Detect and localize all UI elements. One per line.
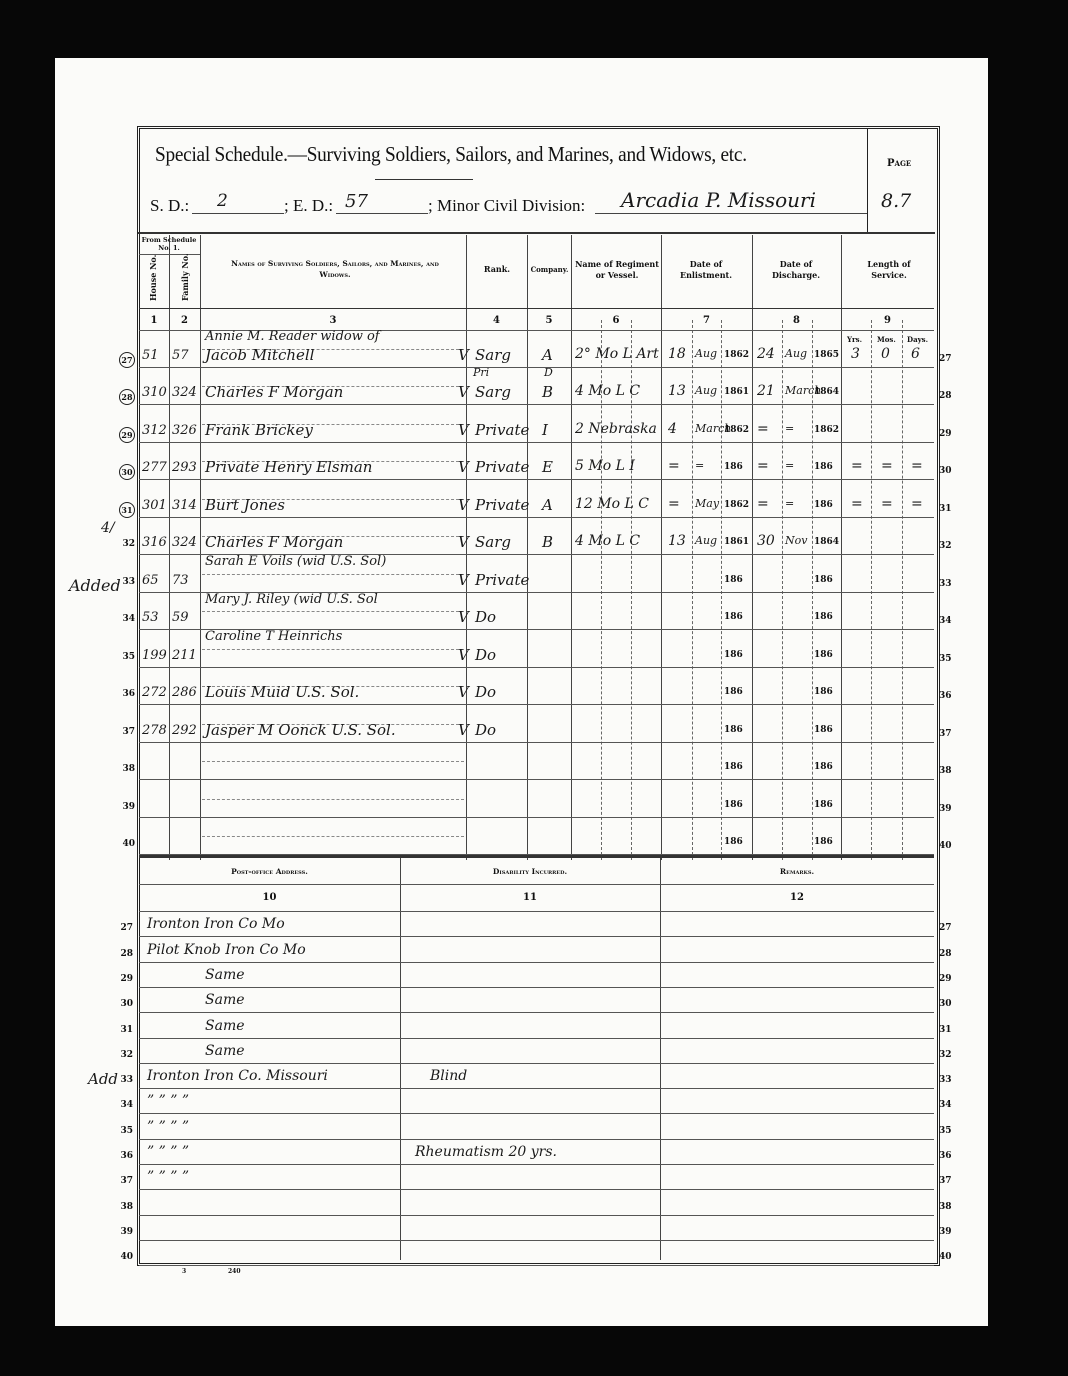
lower-col-divider xyxy=(660,858,661,1260)
soldier-name: Frank Brickey xyxy=(205,421,313,439)
section-rule xyxy=(139,855,934,858)
soldier-name: Charles F Morgan xyxy=(205,383,343,401)
enlist-month: = xyxy=(695,459,704,472)
row-rule xyxy=(139,1113,934,1114)
footer-code: 240 xyxy=(228,1268,241,1275)
rank: Private xyxy=(475,571,529,589)
col-number: 8 xyxy=(752,315,841,326)
enlist-month: Aug xyxy=(695,347,717,360)
discharge-day: 24 xyxy=(757,346,775,362)
line-number-left: 35 xyxy=(115,652,135,662)
house-no: 199 xyxy=(142,648,167,663)
enlist-day: 18 xyxy=(668,346,686,362)
line-number-right: 27 xyxy=(939,354,952,364)
mos-header: Mos. xyxy=(877,335,896,344)
regiment: 4 Mo L C xyxy=(575,383,640,399)
service-days: = xyxy=(911,496,923,512)
line-number-right: 37 xyxy=(939,1176,952,1186)
col-number: 11 xyxy=(400,892,660,903)
soldier-name: Jasper M Oonck U.S. Sol. xyxy=(205,721,396,739)
line-number-right: 27 xyxy=(939,923,952,933)
enlist-year: 186 xyxy=(724,762,743,772)
enlist-year: 1862 xyxy=(724,425,749,435)
row-dotted-rule xyxy=(202,649,464,650)
row-rule xyxy=(139,987,934,988)
rank-header: Rank. xyxy=(467,264,527,275)
check-mark: V xyxy=(458,458,469,476)
line-number-left: 35 xyxy=(113,1126,133,1136)
service-days: 6 xyxy=(911,346,920,362)
line-number-right: 29 xyxy=(939,429,952,439)
name-upper: Annie M. Reader widow of xyxy=(205,329,380,344)
discharge-month: = xyxy=(785,422,794,435)
yrs-header: Yrs. xyxy=(847,335,862,344)
rank: Do xyxy=(475,721,496,739)
post-office-address: Same xyxy=(205,967,245,983)
check-mark: V xyxy=(458,571,469,589)
regiment: 5 Mo L I xyxy=(575,458,635,474)
discharge-day: 21 xyxy=(757,383,775,399)
post-office-address: ” ” ” ” xyxy=(147,1093,189,1109)
form-title: Special Schedule.—Surviving Soldiers, Sa… xyxy=(155,142,747,167)
remarks-header: Remarks. xyxy=(660,866,934,877)
service-mos: = xyxy=(881,496,893,512)
col-number: 12 xyxy=(660,892,934,903)
line-number-right: 34 xyxy=(939,1100,952,1110)
row-rule xyxy=(139,442,934,443)
sd-value: 2 xyxy=(217,191,228,211)
sd-label: S. D.: xyxy=(150,196,189,216)
col-divider xyxy=(661,235,662,860)
line-number-left: 37 xyxy=(115,727,135,737)
rank: Sarg xyxy=(475,533,511,551)
rank-upper: Pri xyxy=(473,366,489,379)
house-no: 65 xyxy=(142,573,159,588)
post-office-address: Same xyxy=(205,1043,245,1059)
check-mark: V xyxy=(458,383,469,401)
family-no: 324 xyxy=(172,385,197,400)
enlist-year: 1862 xyxy=(724,350,749,360)
service-yrs: = xyxy=(851,496,863,512)
row-rule xyxy=(139,1063,934,1064)
discharge-day: = xyxy=(757,421,769,437)
row-rule xyxy=(139,1215,934,1216)
line-number-right: 38 xyxy=(939,766,952,776)
col-number: 4 xyxy=(466,315,527,326)
enlist-year: 186 xyxy=(724,612,743,622)
page-number: 8.7 xyxy=(881,190,911,212)
line-number-right: 29 xyxy=(939,974,952,984)
name-upper: Caroline T Heinrichs xyxy=(205,629,342,644)
line-number-right: 33 xyxy=(939,1075,952,1085)
check-mark: V xyxy=(458,496,469,514)
census-page: Special Schedule.—Surviving Soldiers, Sa… xyxy=(55,58,988,1326)
enlistment-header: Date of Enlistment. xyxy=(673,259,739,281)
line-number-right: 37 xyxy=(939,729,952,739)
line-number-left: 33 xyxy=(113,1075,133,1085)
check-mark: V xyxy=(458,421,469,439)
enlist-year: 186 xyxy=(724,837,743,847)
discharge-month: Nov xyxy=(785,534,807,547)
col-divider xyxy=(527,235,528,860)
house-no: 272 xyxy=(142,685,167,700)
mcd-underline xyxy=(595,213,867,214)
rank: Private xyxy=(475,421,529,439)
row-rule xyxy=(139,817,934,818)
col-number: 1 xyxy=(139,315,169,326)
family-no: 286 xyxy=(172,685,197,700)
enlist-month: Aug xyxy=(695,534,717,547)
line-number-right: 35 xyxy=(939,654,952,664)
enlist-day: = xyxy=(668,458,680,474)
line-number-right: 40 xyxy=(939,841,952,851)
col-number: 3 xyxy=(200,315,466,326)
line-number-left: 39 xyxy=(113,1227,133,1237)
row-rule xyxy=(139,1240,934,1241)
family-no: 324 xyxy=(172,535,197,550)
soldier-name: Louis Muid U.S. Sol. xyxy=(205,683,359,701)
line-number-right: 34 xyxy=(939,616,952,626)
house-no: 53 xyxy=(142,610,159,625)
row-dotted-rule xyxy=(202,799,464,800)
line-number-left: 31 xyxy=(115,502,135,518)
name-upper: Mary J. Riley (wid U.S. Sol xyxy=(205,592,378,607)
line-number-left: 40 xyxy=(113,1252,133,1262)
line-number-right: 39 xyxy=(939,804,952,814)
service-days: = xyxy=(911,458,923,474)
post-office-address: ” ” ” ” xyxy=(147,1169,189,1185)
check-mark: V xyxy=(458,346,469,364)
check-mark: V xyxy=(458,646,469,664)
line-number-right: 32 xyxy=(939,541,952,551)
row-rule xyxy=(139,1012,934,1013)
family-no: 59 xyxy=(172,610,189,625)
mcd-value: Arcadia P. Missouri xyxy=(621,188,816,212)
discharge-year: 186 xyxy=(814,762,833,772)
line-number-right: 32 xyxy=(939,1050,952,1060)
company: B xyxy=(542,533,553,551)
line-number-left: 37 xyxy=(113,1176,133,1186)
company: B xyxy=(542,383,553,401)
company: A xyxy=(542,346,553,364)
company: I xyxy=(542,421,548,439)
line-number-right: 31 xyxy=(939,504,952,514)
service-yrs: 3 xyxy=(851,346,860,362)
post-office-address: Same xyxy=(205,992,245,1008)
col-divider xyxy=(571,235,572,860)
regiment-header: Name of Regiment or Vessel. xyxy=(575,259,659,281)
enlist-day: 13 xyxy=(668,533,686,549)
house-no: 310 xyxy=(142,385,167,400)
line-number-left: 30 xyxy=(115,464,135,480)
enlist-year: 186 xyxy=(724,650,743,660)
row-rule xyxy=(139,704,934,705)
post-office-address: Ironton Iron Co Mo xyxy=(147,916,285,932)
line-number-left: 36 xyxy=(113,1151,133,1161)
rank: Do xyxy=(475,683,496,701)
discharge-year: 186 xyxy=(814,575,833,585)
family-no: 326 xyxy=(172,423,197,438)
enlist-year: 1861 xyxy=(724,537,749,547)
margin-note-mark: 4/ xyxy=(101,520,115,536)
discharge-header: Date of Discharge. xyxy=(763,259,829,281)
header-rule xyxy=(138,232,935,234)
discharge-year: 186 xyxy=(814,800,833,810)
family-no: 211 xyxy=(172,648,197,663)
line-number-right: 36 xyxy=(939,691,952,701)
house-no-header: House No. xyxy=(148,261,158,301)
rank: Do xyxy=(475,608,496,626)
col-number: 7 xyxy=(661,315,752,326)
row-rule xyxy=(139,404,934,405)
col-number: 9 xyxy=(841,315,934,326)
disability-header: Disability Incurred. xyxy=(400,866,660,877)
company: E xyxy=(542,458,553,476)
discharge-year: 186 xyxy=(814,837,833,847)
discharge-year: 186 xyxy=(814,500,833,510)
discharge-month: Aug xyxy=(785,347,807,360)
row-rule xyxy=(139,1088,934,1089)
check-mark: V xyxy=(458,608,469,626)
rank: Sarg xyxy=(475,346,511,364)
line-number-left: 32 xyxy=(113,1050,133,1060)
post-office-address: ” ” ” ” xyxy=(147,1144,189,1160)
line-number-right: 28 xyxy=(939,949,952,959)
discharge-year: 1862 xyxy=(814,425,839,435)
col-divider xyxy=(200,235,201,860)
line-number-right: 28 xyxy=(939,391,952,401)
line-number-left: 32 xyxy=(115,539,135,549)
line-number-left: 40 xyxy=(115,839,135,849)
line-number-right: 36 xyxy=(939,1151,952,1161)
line-number-right: 38 xyxy=(939,1202,952,1212)
post-office-address: Same xyxy=(205,1018,245,1034)
regiment: 12 Mo L C xyxy=(575,496,649,512)
lower-colnum-rule xyxy=(139,911,934,912)
discharge-day: 30 xyxy=(757,533,775,549)
row-rule xyxy=(139,742,934,743)
family-no: 73 xyxy=(172,573,189,588)
rank: Do xyxy=(475,646,496,664)
line-number-right: 33 xyxy=(939,579,952,589)
line-number-right: 35 xyxy=(939,1126,952,1136)
row-rule xyxy=(139,962,934,963)
ed-value: 57 xyxy=(345,191,368,212)
house-no: 277 xyxy=(142,460,167,475)
disability: Blind xyxy=(430,1068,467,1084)
row-dotted-rule xyxy=(202,611,464,612)
discharge-year: 186 xyxy=(814,612,833,622)
company-upper: D xyxy=(544,366,553,379)
rank: Private xyxy=(475,496,529,514)
line-number-left: 27 xyxy=(115,352,135,368)
discharge-year: 1864 xyxy=(814,537,839,547)
house-no: 316 xyxy=(142,535,167,550)
enlist-day: 4 xyxy=(668,421,677,437)
company-header: Company. xyxy=(528,264,571,275)
line-number-right: 30 xyxy=(939,999,952,1009)
soldier-name: Private Henry Elsman xyxy=(205,458,372,476)
enlist-year: 186 xyxy=(724,575,743,585)
enlist-year: 1861 xyxy=(724,387,749,397)
discharge-year: 186 xyxy=(814,725,833,735)
regiment: 4 Mo L C xyxy=(575,533,640,549)
row-rule xyxy=(139,1139,934,1140)
col-divider xyxy=(752,235,753,860)
row-rule xyxy=(139,1038,934,1039)
col-number: 6 xyxy=(571,315,661,326)
line-number-right: 40 xyxy=(939,1252,952,1262)
col-divider xyxy=(169,235,170,860)
enlist-year: 186 xyxy=(724,462,743,472)
post-office-address: ” ” ” ” xyxy=(147,1119,189,1135)
lower-header-rule xyxy=(139,884,934,885)
enlist-year: 186 xyxy=(724,800,743,810)
service-mos: = xyxy=(881,458,893,474)
row-rule xyxy=(139,1189,934,1190)
col-divider xyxy=(841,235,842,860)
footer-code: 3 xyxy=(182,1268,186,1275)
enlist-day: 13 xyxy=(668,383,686,399)
soldier-name: Burt Jones xyxy=(205,496,285,514)
row-rule xyxy=(139,936,934,937)
service-yrs: = xyxy=(851,458,863,474)
line-number-left: 29 xyxy=(115,427,135,443)
enlist-day: = xyxy=(668,496,680,512)
house-no: 51 xyxy=(142,348,159,363)
discharge-year: 1864 xyxy=(814,387,839,397)
col-number: 10 xyxy=(139,892,400,903)
row-rule xyxy=(139,1164,934,1165)
line-number-left: 38 xyxy=(115,764,135,774)
family-no-header: Family No. xyxy=(180,261,190,301)
enlist-year: 186 xyxy=(724,687,743,697)
length-header: Length of Service. xyxy=(855,259,923,281)
row-rule xyxy=(139,779,934,780)
ed-label: ; E. D.: xyxy=(284,196,333,216)
line-number-left: 27 xyxy=(113,923,133,933)
sd-underline xyxy=(192,213,284,214)
row-rule xyxy=(139,1265,934,1266)
family-no: 293 xyxy=(172,460,197,475)
check-mark: V xyxy=(458,683,469,701)
post-office-address: Ironton Iron Co. Missouri xyxy=(147,1068,328,1084)
family-no: 292 xyxy=(172,723,197,738)
line-number-left: 39 xyxy=(115,802,135,812)
line-number-left: 28 xyxy=(115,389,135,405)
regiment: 2 Nebraska xyxy=(575,421,657,437)
title-rule xyxy=(375,179,473,180)
service-mos: 0 xyxy=(881,346,890,362)
from-schedule-header: From Schedule No. 1. xyxy=(139,236,199,252)
name-upper: Sarah E Voils (wid U.S. Sol) xyxy=(205,554,386,569)
row-dotted-rule xyxy=(202,574,464,575)
line-number-right: 31 xyxy=(939,1025,952,1035)
line-number-left: 29 xyxy=(113,974,133,984)
house-no: 278 xyxy=(142,723,167,738)
rank: Sarg xyxy=(475,383,511,401)
family-no: 314 xyxy=(172,498,197,513)
line-number-right: 30 xyxy=(939,466,952,476)
discharge-year: 1865 xyxy=(814,350,839,360)
post-office-header: Post-office Address. xyxy=(139,866,400,877)
regiment: 2° Mo L Art xyxy=(575,346,659,362)
check-mark: V xyxy=(458,533,469,551)
line-number-left: 36 xyxy=(115,689,135,699)
discharge-month: = xyxy=(785,459,794,472)
enlist-year: 186 xyxy=(724,725,743,735)
line-number-left: 34 xyxy=(113,1100,133,1110)
row-dotted-rule xyxy=(202,836,464,837)
row-rule xyxy=(139,479,934,480)
discharge-month: = xyxy=(785,497,794,510)
discharge-year: 186 xyxy=(814,650,833,660)
company: A xyxy=(542,496,553,514)
row-rule xyxy=(139,517,934,518)
disability: Rheumatism 20 yrs. xyxy=(415,1144,557,1160)
house-no: 312 xyxy=(142,423,167,438)
enlist-year: 1862 xyxy=(724,500,749,510)
margin-note-added: Added xyxy=(69,576,121,595)
ed-underline xyxy=(336,213,428,214)
col-number: 2 xyxy=(169,315,200,326)
line-number-left: 30 xyxy=(113,999,133,1009)
discharge-day: = xyxy=(757,458,769,474)
row-dotted-rule xyxy=(202,761,464,762)
page-label: Page xyxy=(887,158,911,169)
row-rule xyxy=(139,367,934,368)
family-no: 57 xyxy=(172,348,189,363)
lower-col-divider xyxy=(400,858,401,1260)
soldier-name: Jacob Mitchell xyxy=(205,346,314,364)
line-number-left: 31 xyxy=(113,1025,133,1035)
line-number-right: 39 xyxy=(939,1227,952,1237)
page-separator xyxy=(867,128,868,234)
enlist-month: Aug xyxy=(695,384,717,397)
discharge-year: 186 xyxy=(814,687,833,697)
check-mark: V xyxy=(458,721,469,739)
rank: Private xyxy=(475,458,529,476)
line-number-left: 28 xyxy=(113,949,133,959)
colnum-rule xyxy=(139,308,934,309)
line-number-left: 38 xyxy=(113,1202,133,1212)
post-office-address: Pilot Knob Iron Co Mo xyxy=(147,942,306,958)
discharge-year: 186 xyxy=(814,462,833,472)
soldier-name: Charles F Morgan xyxy=(205,533,343,551)
row-rule xyxy=(139,667,934,668)
col-number: 5 xyxy=(527,315,571,326)
line-number-left: 34 xyxy=(115,614,135,624)
discharge-day: = xyxy=(757,496,769,512)
mcd-label: ; Minor Civil Division: xyxy=(428,196,585,216)
days-header: Days. xyxy=(907,335,928,344)
enlist-month: May xyxy=(695,497,719,510)
house-no: 301 xyxy=(142,498,167,513)
names-header: Names of Surviving Soldiers, Sailors, an… xyxy=(220,258,450,280)
